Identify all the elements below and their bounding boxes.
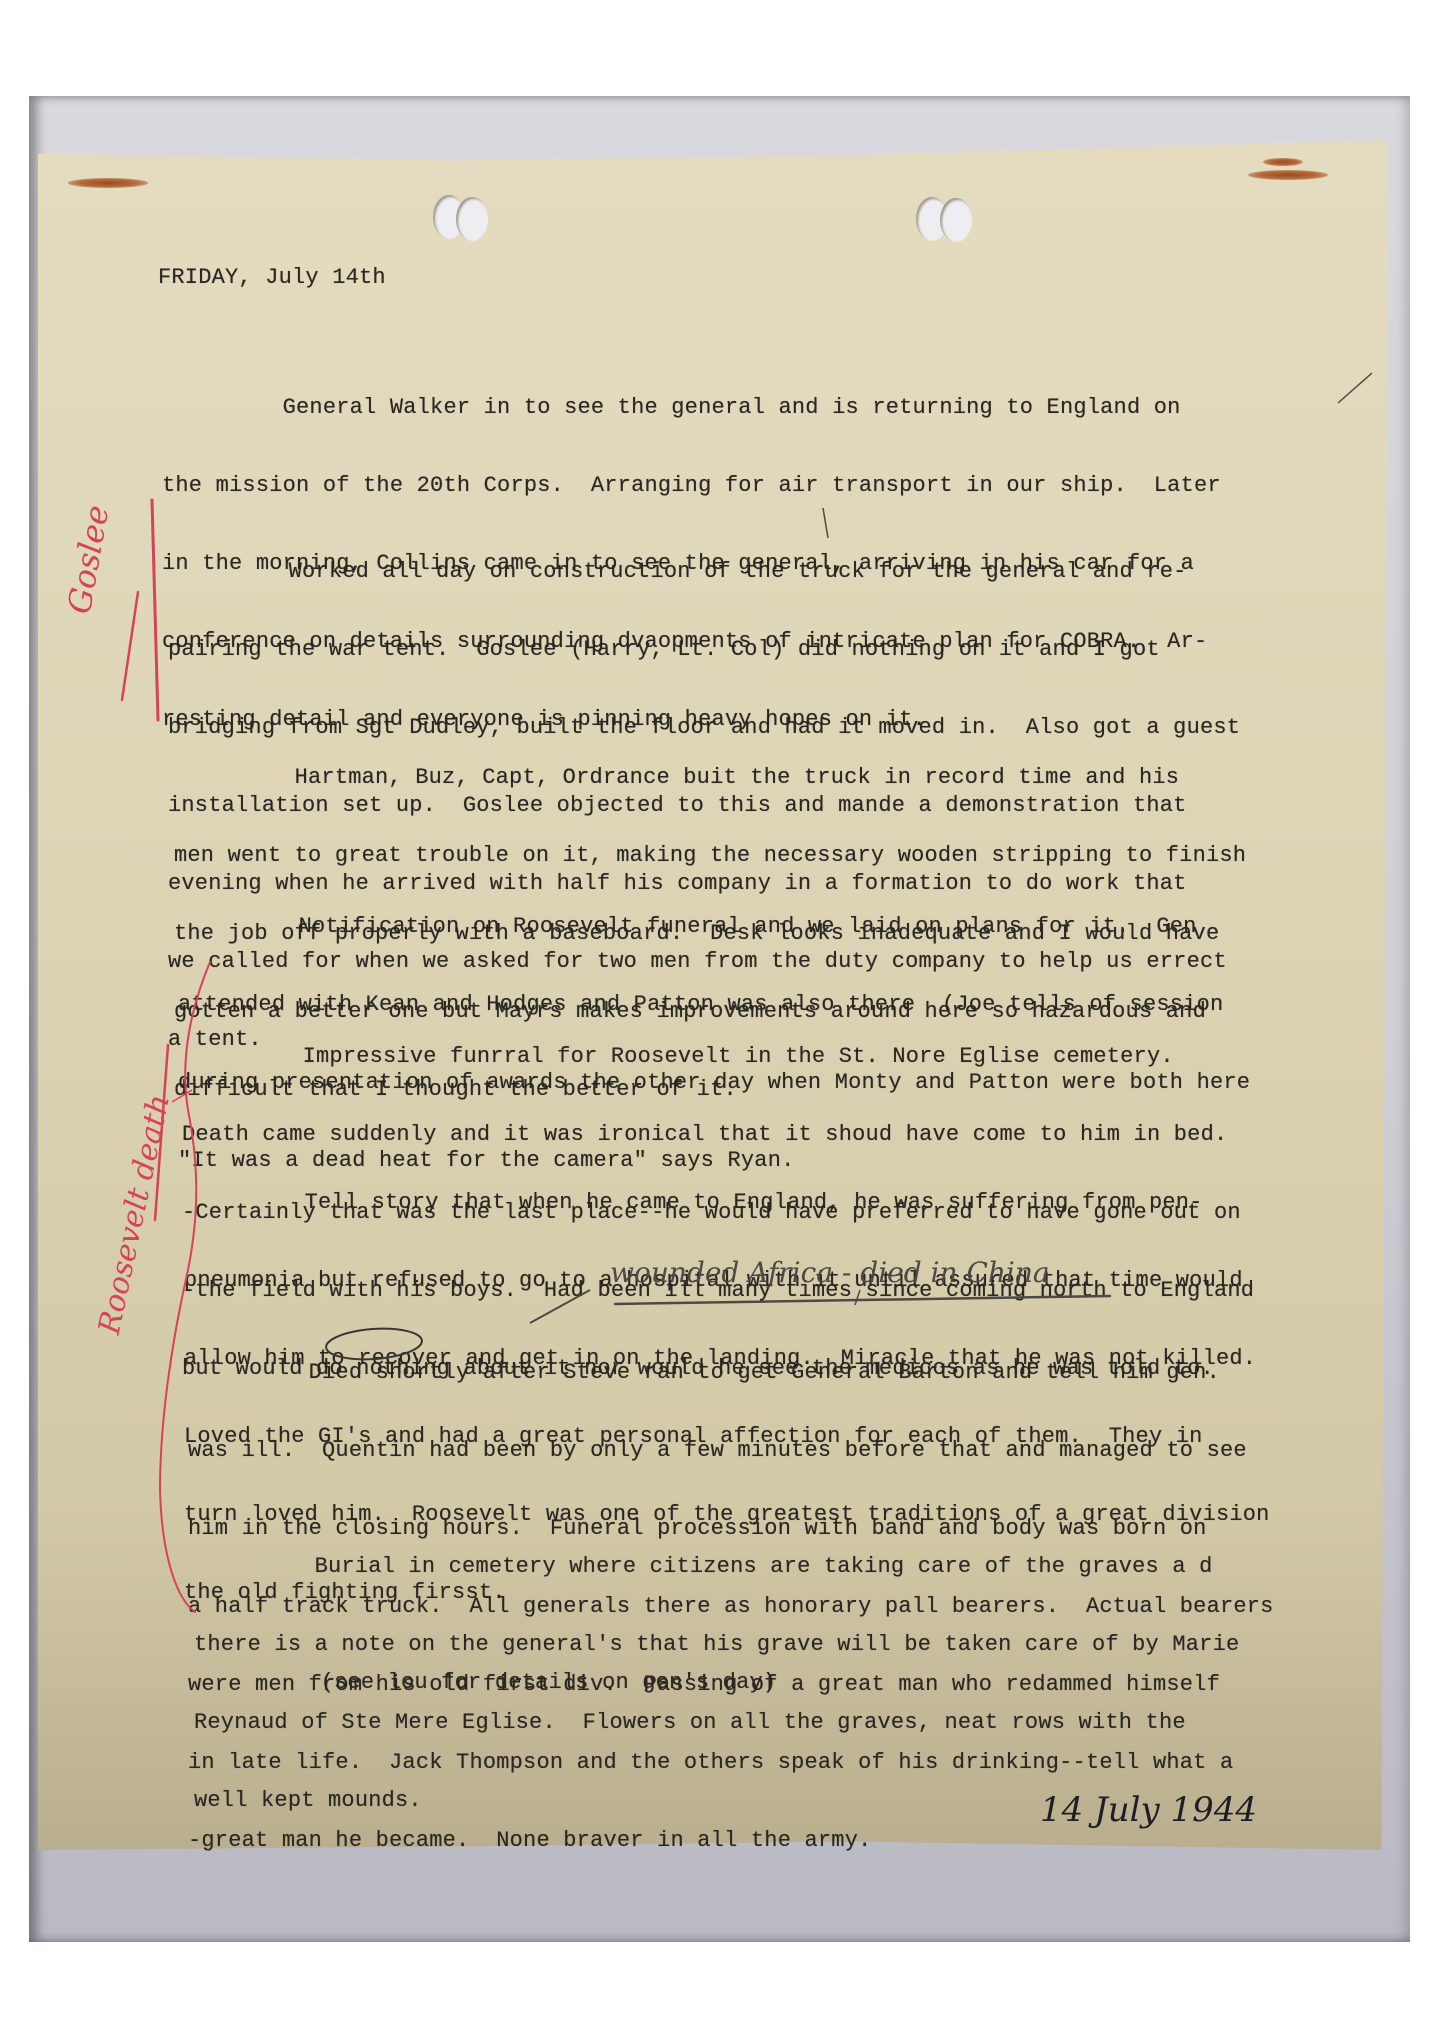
- quentin-circle: [325, 1326, 423, 1363]
- pencil-note-wounded: wounded Africa - died in China: [610, 1256, 1050, 1289]
- pencil-arrow: [855, 1290, 860, 1305]
- red-underline-goslee: [122, 592, 138, 700]
- signature-date: 14 July 1944: [1040, 1790, 1257, 1830]
- pencil-pointer-line: [530, 1290, 590, 1323]
- pencil-tick-truck: [823, 508, 828, 538]
- margin-pencil-mark: [1338, 373, 1372, 403]
- pencil-underline: [615, 1296, 1110, 1304]
- red-margin-line: [152, 500, 158, 720]
- annotation-marks: [0, 0, 1440, 2038]
